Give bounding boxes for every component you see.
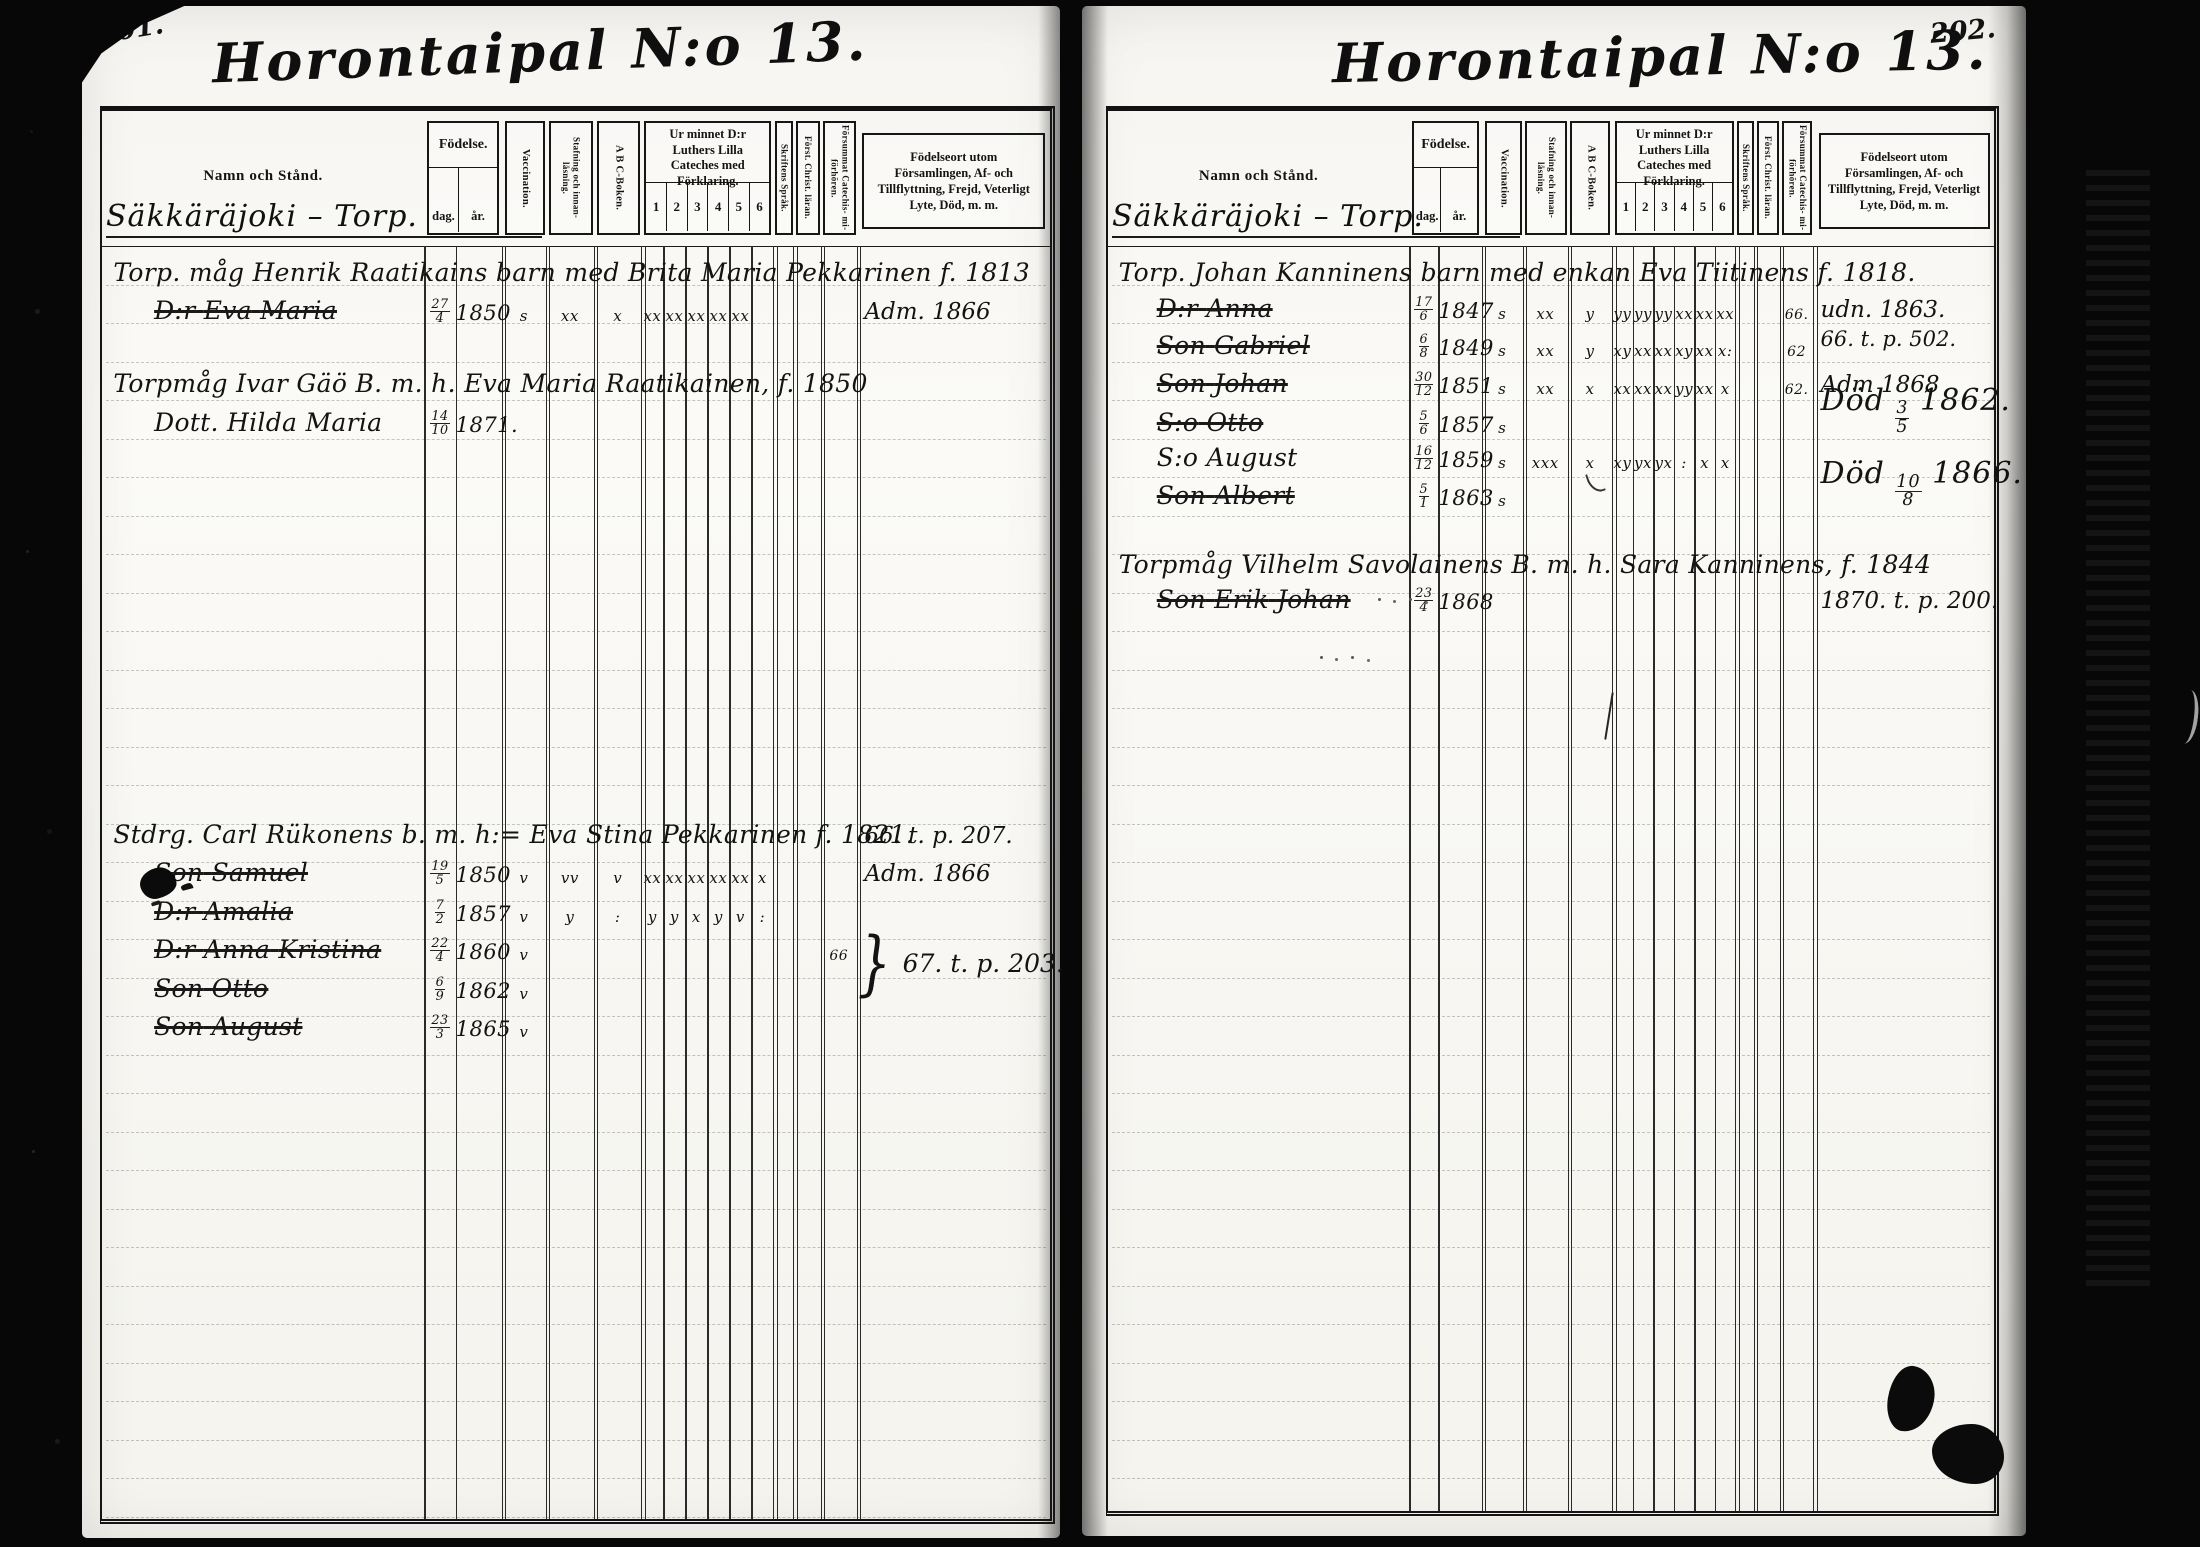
record-row: S:o Otto561857sDöd 35 1862. xyxy=(1108,401,1994,437)
c4-cell: y xyxy=(707,908,729,926)
ar-cell: 1857 xyxy=(1438,413,1481,437)
c3-cell: x xyxy=(685,908,707,926)
staf-cell: xx xyxy=(1523,342,1568,360)
ruled-line xyxy=(106,1440,1046,1441)
ruled-line xyxy=(1112,631,1991,632)
c5-cell: xx xyxy=(1694,342,1715,360)
dag-cell: 56 xyxy=(1409,398,1438,437)
left-page: 201. Horontaipal N:o 13. Namn och Stånd.… xyxy=(82,6,1060,1538)
column-header-abc-book: A B C-Boken. xyxy=(1570,121,1610,235)
record-row: Stdrg. Carl Rükonens b. m. h:= Eva Stina… xyxy=(102,813,1050,849)
ruled-line xyxy=(106,1363,1046,1364)
record-row: D:r Anna1761847sxxyyyyyyyxxxxxx66.udn. 1… xyxy=(1108,287,1994,323)
record-row: Son Erik Johan23418681870. t. p. 200. xyxy=(1108,578,1994,614)
staf-cell: y xyxy=(546,908,594,926)
person-name: Son August xyxy=(154,1012,302,1041)
person-name: D:r Amalia xyxy=(154,897,293,926)
ruled-line xyxy=(106,708,1046,709)
record-row: Torpmåg Ivar Gäö B. m. h. Eva Maria Raat… xyxy=(102,362,1050,398)
c1-cell: xy xyxy=(1612,342,1633,360)
column-header-abc-book: A B C-Boken. xyxy=(597,121,640,235)
person-name: Son Albert xyxy=(1157,481,1295,510)
person-name: D:r Anna Kristina xyxy=(154,935,381,964)
ar-cell: 1868 xyxy=(1438,590,1481,614)
section-heading: Säkkäräjoki – Torp. xyxy=(1112,199,1520,238)
c1-cell: y xyxy=(641,908,663,926)
ruled-line xyxy=(1112,1016,1991,1017)
dag-cell: 3012 xyxy=(1409,360,1438,399)
c2-cell: yy xyxy=(1633,305,1654,323)
c2-cell: xx xyxy=(663,307,685,325)
brace-mark: } xyxy=(858,934,891,994)
vac-cell: s xyxy=(1482,492,1523,510)
margin-note: Adm. 1866 xyxy=(864,861,990,887)
c2-cell: xx xyxy=(1633,380,1654,398)
ruled-line xyxy=(106,1401,1046,1402)
vac-cell: s xyxy=(1482,454,1523,472)
ruled-line xyxy=(1112,1209,1991,1210)
paper-curl xyxy=(2177,689,2200,745)
vac-cell: v xyxy=(502,869,546,887)
person-name: Dott. Hilda Maria xyxy=(154,408,382,437)
person-name: D:r Eva Maria xyxy=(154,296,337,325)
record-row: Son August2331865v xyxy=(102,1005,1050,1041)
ruled-line xyxy=(1112,1363,1991,1364)
ar-cell: 1859 xyxy=(1438,448,1481,472)
record-row: Torp. måg Henrik Raatikains barn med Bri… xyxy=(102,251,1050,287)
person-name: S:o Otto xyxy=(1157,408,1264,437)
ruled-line xyxy=(106,631,1046,632)
ruled-line xyxy=(1112,670,1991,671)
person-name: S:o August xyxy=(1157,443,1298,472)
staf-cell: xxx xyxy=(1523,454,1568,472)
vac-cell: v xyxy=(502,985,546,1003)
ruled-line xyxy=(106,1132,1046,1133)
dag-cell: 72 xyxy=(424,887,455,926)
ruled-line xyxy=(106,1209,1046,1210)
c2-cell: y xyxy=(663,908,685,926)
ar-cell: 1863 xyxy=(1438,486,1481,510)
c1-cell: xx xyxy=(641,869,663,887)
ruled-line xyxy=(1112,747,1991,748)
c4-cell: xx xyxy=(707,307,729,325)
record-row: Son Gabriel681849sxxyxyxxxxxyxxx:62 xyxy=(1108,324,1994,360)
ruled-line xyxy=(106,477,1046,478)
c1-cell: xx xyxy=(641,307,663,325)
c6-cell: x xyxy=(1715,454,1736,472)
column-header-notes: Födelseort utom Församlingen, Af- och Ti… xyxy=(1819,133,1990,229)
c6-cell: x xyxy=(1715,380,1736,398)
dag-cell: 234 xyxy=(1409,575,1438,614)
person-name: Son Samuel xyxy=(154,858,308,887)
ruled-line xyxy=(1112,708,1991,709)
c4-cell: xy xyxy=(1674,342,1695,360)
c5-cell: xx xyxy=(1694,380,1715,398)
c2-cell: xx xyxy=(663,869,685,887)
dag-cell: 69 xyxy=(424,964,455,1003)
vac-cell: s xyxy=(1482,342,1523,360)
record-row: Son Samuel1951850vvvvxxxxxxxxxxxAdm. 186… xyxy=(102,851,1050,887)
column-header-first-christian: Först. Christ. läran. xyxy=(796,121,820,235)
c3-cell: xx xyxy=(685,307,707,325)
margin-note: Död 35 1862. xyxy=(1821,383,2011,437)
forsum-cell: 62. xyxy=(1780,382,1814,398)
staf-cell: xx xyxy=(1523,305,1568,323)
abc-cell: y xyxy=(1568,305,1612,323)
birth-label: Födelse. xyxy=(429,123,497,168)
binding-texture xyxy=(2086,170,2150,1290)
c6-cell: xx xyxy=(1715,305,1736,323)
ruled-line xyxy=(1112,1132,1991,1133)
abc-cell: x xyxy=(594,307,641,325)
ar-cell: 1850 xyxy=(456,863,502,887)
person-name: Son Johan xyxy=(1157,369,1288,398)
c2-cell: xx xyxy=(1633,342,1654,360)
c3-cell: yy xyxy=(1653,305,1674,323)
c3-cell: xx xyxy=(1653,380,1674,398)
c5-cell: xx xyxy=(729,869,751,887)
person-name: Son Gabriel xyxy=(1157,331,1310,360)
c3-cell: yx xyxy=(1653,454,1674,472)
faded-ink-dots xyxy=(1378,598,1381,601)
c4-cell: xx xyxy=(707,869,729,887)
record-row: Dott. Hilda Maria14101871. xyxy=(102,401,1050,437)
catechism-grade-columns: 1 2 3 4 5 6 xyxy=(646,183,769,231)
person-name: Torpmåg Vilhelm Savolainens B. m. h. Sar… xyxy=(1119,550,1932,579)
margin-note: }67. t. p. 203. xyxy=(852,934,1064,994)
ruled-line xyxy=(106,747,1046,748)
birth-label: Födelse. xyxy=(1414,123,1477,168)
vac-cell: v xyxy=(502,1023,546,1041)
ar-cell: 1851 xyxy=(1438,374,1481,398)
column-header-first-christian: Först. Christ. läran. xyxy=(1757,121,1779,235)
column-header-script-language: Skriftens Språk. xyxy=(775,121,793,235)
page-title: Horontaipal N:o 13. xyxy=(211,13,753,96)
person-name: Stdrg. Carl Rükonens b. m. h:= Eva Stina… xyxy=(113,820,914,849)
c1-cell: xy xyxy=(1612,454,1633,472)
person-name: Torp. måg Henrik Raatikains barn med Bri… xyxy=(113,258,1030,287)
column-header-missed-catechism: Försummat Catechis- mi-förhören. xyxy=(1782,121,1812,235)
c6-cell: : xyxy=(751,908,773,926)
ruled-line xyxy=(1112,939,1991,940)
ar-cell: 1865 xyxy=(456,1017,502,1041)
ar-cell: 1862 xyxy=(456,979,502,1003)
ruled-line xyxy=(1112,901,1991,902)
body-top-rule xyxy=(1108,246,1994,247)
person-name: Son Erik Johan xyxy=(1157,585,1351,614)
staf-cell: xx xyxy=(1523,380,1568,398)
column-header-spelling: Stafning och innan-läsning. xyxy=(549,121,594,235)
ruled-line xyxy=(1112,1440,1991,1441)
c3-cell: xx xyxy=(1653,342,1674,360)
ruled-line xyxy=(1112,1170,1991,1171)
section-heading: Säkkäräjoki – Torp. xyxy=(106,199,542,238)
c3-cell: xx xyxy=(685,869,707,887)
scanned-register-spread: 201. Horontaipal N:o 13. Namn och Stånd.… xyxy=(0,0,2200,1547)
ruled-line xyxy=(106,1247,1046,1248)
column-header-catechism: Ur minnet D:r Luthers Lilla Cateches med… xyxy=(1615,121,1734,235)
c6-cell: x: xyxy=(1715,342,1736,360)
ruled-line xyxy=(106,1517,1046,1518)
vac-cell: v xyxy=(502,908,546,926)
person-name: D:r Anna xyxy=(1157,294,1273,323)
ruled-line xyxy=(106,1170,1046,1171)
faded-ink-dots xyxy=(1320,656,1323,659)
record-row: D:r Amalia721857vy:yyxyv: xyxy=(102,890,1050,926)
margin-note: udn. 1863.66. t. p. 502. xyxy=(1821,297,1946,323)
scan-speckles xyxy=(30,130,33,133)
torn-corner xyxy=(79,3,191,87)
record-row: Son Albert511863sDöd 108 1866. xyxy=(1108,474,1994,510)
page-title: Horontaipal N:o 13. xyxy=(1331,21,1832,95)
c2-cell: yx xyxy=(1633,454,1654,472)
dag-cell: 1612 xyxy=(1409,433,1438,472)
register-table: Namn och Stånd. Födelse. dag. år. Vaccin… xyxy=(100,106,1055,1524)
ruled-line xyxy=(1112,516,1991,517)
person-name: Torp. Johan Kanninens barn med enkan Eva… xyxy=(1119,258,1916,287)
c5-cell: xx xyxy=(1694,305,1715,323)
column-header-missed-catechism: Försummat Catechis- mi-förhören. xyxy=(823,121,855,235)
c1-cell: xx xyxy=(1612,380,1633,398)
ruled-line xyxy=(1112,862,1991,863)
ruled-line xyxy=(1112,785,1991,786)
margin-note: Adm. 1866 xyxy=(864,299,990,325)
ruled-line xyxy=(106,670,1046,671)
margin-note: 66. t. p. 207. xyxy=(864,823,1012,849)
ar-cell: 1850 xyxy=(456,301,502,325)
dag-cell: 176 xyxy=(1409,284,1438,323)
abc-cell: : xyxy=(594,908,641,926)
ruled-line xyxy=(1112,1055,1991,1056)
margin-note: 1870. t. p. 200. xyxy=(1821,588,1999,614)
ruled-line xyxy=(106,1286,1046,1287)
body-top-rule xyxy=(102,246,1050,247)
ruled-line xyxy=(106,1055,1046,1056)
ruled-line xyxy=(106,554,1046,555)
ruled-line xyxy=(1112,1324,1991,1325)
column-header-script-language: Skriftens Språk. xyxy=(1737,121,1754,235)
ar-cell: 1849 xyxy=(1438,336,1481,360)
column-header-notes: Födelseort utom Församlingen, Af- och Ti… xyxy=(862,133,1045,229)
vac-cell: s xyxy=(1482,380,1523,398)
dag-cell: 1410 xyxy=(424,398,455,437)
c1-cell: yy xyxy=(1612,305,1633,323)
ruled-line xyxy=(1112,1401,1991,1402)
vac-cell: s xyxy=(502,307,546,325)
c4-cell: yy xyxy=(1674,380,1695,398)
c5-cell: v xyxy=(729,908,751,926)
ruled-line xyxy=(1112,1093,1991,1094)
ar-cell: 1860 xyxy=(456,940,502,964)
c4-cell: xx xyxy=(1674,305,1695,323)
ruled-line xyxy=(106,593,1046,594)
person-name: Torpmåg Ivar Gäö B. m. h. Eva Maria Raat… xyxy=(113,369,867,398)
abc-cell: x xyxy=(1568,454,1612,472)
record-row: Torp. Johan Kanninens barn med enkan Eva… xyxy=(1108,251,1994,287)
register-table: Namn och Stånd. Födelse. dag. år. Vaccin… xyxy=(1106,106,1999,1516)
ruled-line xyxy=(1112,824,1991,825)
ruled-line xyxy=(1112,1247,1991,1248)
staf-cell: vv xyxy=(546,869,594,887)
record-row: Torpmåg Vilhelm Savolainens B. m. h. Sar… xyxy=(1108,543,1994,579)
record-row: D:r Eva Maria2741850sxxxxxxxxxxxxxAdm. 1… xyxy=(102,289,1050,325)
column-header-catechism: Ur minnet D:r Luthers Lilla Cateches med… xyxy=(644,121,771,235)
ruled-line xyxy=(1112,978,1991,979)
vac-cell: s xyxy=(1482,305,1523,323)
dag-cell: 233 xyxy=(424,1003,455,1042)
ruled-line xyxy=(106,516,1046,517)
vac-cell: v xyxy=(502,946,546,964)
dag-cell: 274 xyxy=(424,286,455,325)
ar-cell: 1857 xyxy=(456,902,502,926)
c5-cell: xx xyxy=(729,307,751,325)
right-page: 202. Horontaipal N:o 13. Namn och Stånd.… xyxy=(1082,6,2026,1536)
forsum-cell: 62 xyxy=(1780,344,1814,360)
dag-cell: 68 xyxy=(1409,321,1438,360)
ruled-line xyxy=(1112,1478,1991,1479)
abc-cell: v xyxy=(594,869,641,887)
column-header-spelling: Stafning och innan-läsning. xyxy=(1525,121,1567,235)
ruled-line xyxy=(106,1093,1046,1094)
abc-cell: x xyxy=(1568,380,1612,398)
forsum-cell: 66. xyxy=(1780,307,1814,323)
ar-cell: 1871. xyxy=(456,413,502,437)
c4-cell: : xyxy=(1674,454,1695,472)
ar-cell: 1847 xyxy=(1438,299,1481,323)
person-name: Son Otto xyxy=(154,974,268,1003)
ruled-line xyxy=(106,439,1046,440)
page-edge-shadow xyxy=(1988,6,2026,1536)
vac-cell: s xyxy=(1482,419,1523,437)
ruled-line xyxy=(106,1324,1046,1325)
abc-cell: y xyxy=(1568,342,1612,360)
ruled-line xyxy=(1112,1286,1991,1287)
dag-cell: 224 xyxy=(424,926,455,965)
c6-cell: x xyxy=(751,869,773,887)
staf-cell: xx xyxy=(546,307,594,325)
dag-cell: 195 xyxy=(424,849,455,888)
ruled-line xyxy=(106,785,1046,786)
ruled-line xyxy=(106,1478,1046,1479)
dag-cell: 51 xyxy=(1409,471,1438,510)
catechism-grade-columns: 1 2 3 4 5 6 xyxy=(1617,183,1732,231)
c5-cell: x xyxy=(1694,454,1715,472)
